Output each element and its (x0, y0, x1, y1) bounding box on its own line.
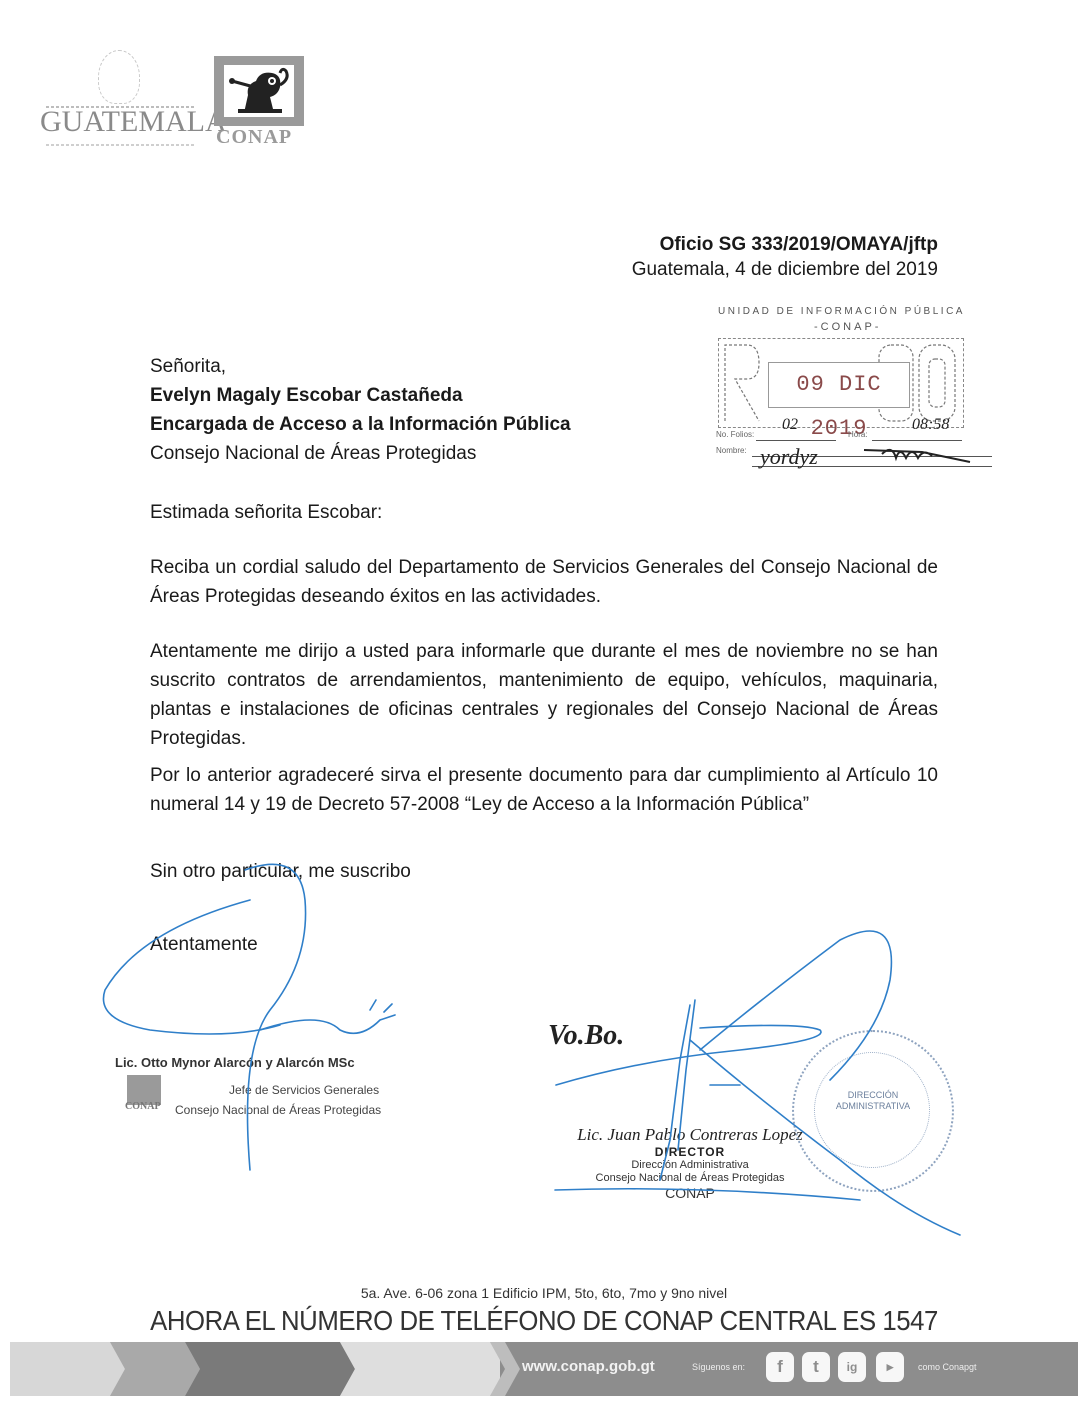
conap-logo: CONAP (214, 56, 306, 146)
signatory-organization: Consejo Nacional de Áreas Protegidas (175, 1103, 381, 1117)
follow-label: Síguenos en: (692, 1362, 745, 1372)
conap-wordmark: CONAP (216, 126, 292, 149)
stamp-line (756, 440, 836, 441)
approver-department: Dirección Administrativa (560, 1159, 820, 1172)
stamp-hour-label: Hora: (848, 430, 868, 439)
signatory-block: Lic. Otto Mynor Alarcón y Alarcón MSc CO… (115, 1055, 395, 1070)
official-seal: DIRECCIÓN ADMINISTRATIVA (792, 1030, 954, 1192)
closing: Sin otro particular, me suscribo (150, 857, 938, 886)
stamp-name-label: Nombre: (716, 446, 747, 455)
received-stamp: UNIDAD DE INFORMACIÓN PÚBLICA -CONAP- 09… (712, 306, 970, 481)
sign-off: Atentamente (150, 930, 938, 959)
stamp-folios-label: No. Folios: (716, 430, 754, 439)
seal-line-1: DIRECCIÓN (816, 1090, 930, 1101)
recipient-organization: Consejo Nacional de Áreas Protegidas (150, 439, 571, 468)
approval-label: Vo.Bo. (548, 1020, 624, 1052)
approver-organization: Consejo Nacional de Áreas Protegidas (560, 1172, 820, 1185)
paragraph-1: Reciba un cordial saludo del Departament… (150, 553, 938, 611)
recipient-name: Evelyn Magaly Escobar Castañeda (150, 381, 571, 410)
stamp-line (872, 440, 962, 441)
website-link[interactable]: www.conap.gob.gt (522, 1358, 655, 1375)
approver-block: Lic. Juan Pablo Contreras Lopez DIRECTOR… (560, 1125, 820, 1201)
footer-band: www.conap.gob.gt Síguenos en: f t ig ▸ c… (10, 1342, 1078, 1396)
signatory-name: Lic. Otto Mynor Alarcón y Alarcón MSc (115, 1055, 395, 1070)
seal-center-text: DIRECCIÓN ADMINISTRATIVA (816, 1090, 930, 1112)
stamp-title: UNIDAD DE INFORMACIÓN PÚBLICA (718, 306, 965, 317)
conap-mini-wordmark: CONAP (125, 1101, 161, 1112)
guatemala-wordmark: GUATEMALA (40, 105, 227, 139)
seal-line-2: ADMINISTRATIVA (816, 1101, 930, 1112)
stamp-initials-scribble (862, 442, 972, 468)
paragraph-3: Por lo anterior agradeceré sirva el pres… (150, 761, 938, 819)
social-handle: como Conapgt (918, 1362, 977, 1372)
paragraph-2: Atentamente me dirijo a usted para infor… (150, 637, 938, 753)
document-number: Oficio SG 333/2019/OMAYA/jftp (632, 232, 938, 257)
place-and-date: Guatemala, 4 de diciembre del 2019 (632, 257, 938, 282)
monkey-icon (224, 65, 294, 117)
approver-org-short: CONAP (560, 1185, 820, 1201)
guatemala-government-logo: GUATEMALA (40, 50, 200, 150)
stamp-hour-value: 08:58 (912, 416, 949, 434)
logo-divider (46, 144, 194, 146)
greeting: Estimada señorita Escobar: (150, 498, 938, 527)
facebook-icon[interactable]: f (766, 1352, 794, 1382)
instagram-icon[interactable]: ig (838, 1352, 866, 1382)
recipient-block: Señorita, Evelyn Magaly Escobar Castañed… (150, 352, 571, 468)
approver-name: Lic. Juan Pablo Contreras Lopez (560, 1125, 820, 1145)
stamp-subtitle: -CONAP- (814, 321, 881, 333)
signatory-role: Jefe de Servicios Generales (229, 1083, 379, 1097)
footer-phone-notice: AHORA EL NÚMERO DE TELÉFONO DE CONAP CEN… (44, 1305, 1045, 1337)
twitter-icon[interactable]: t (802, 1352, 830, 1382)
conap-logo-frame (214, 56, 304, 126)
stamp-date: 09 DIC 2019 (768, 362, 910, 408)
coat-of-arms-icon (98, 50, 140, 104)
recipient-position: Encargada de Acceso a la Información Púb… (150, 410, 571, 439)
approver-title: DIRECTOR (560, 1145, 820, 1159)
footer-address: 5a. Ave. 6-06 zona 1 Edificio IPM, 5to, … (0, 1285, 1088, 1301)
salutation: Señorita, (150, 352, 571, 381)
stamp-signature-name: yordyz (760, 444, 818, 470)
youtube-icon[interactable]: ▸ (876, 1352, 904, 1382)
stamp-folios-value: 02 (782, 416, 798, 434)
reference-block: Oficio SG 333/2019/OMAYA/jftp Guatemala,… (632, 232, 938, 282)
